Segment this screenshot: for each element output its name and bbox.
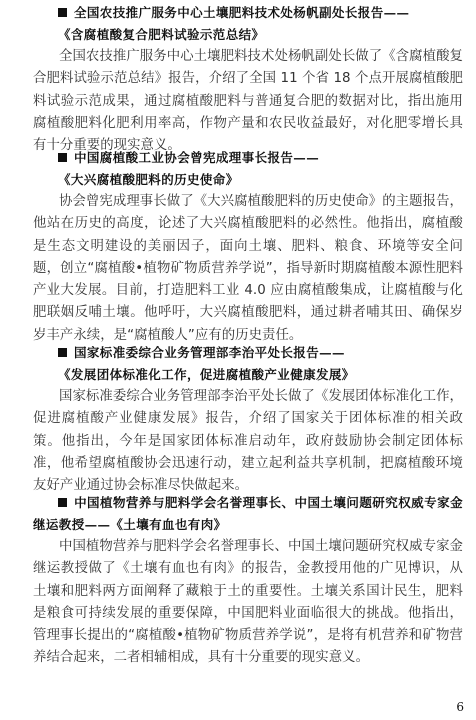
section-body: 国家标准委综合业务管理部李治平处长做了《发展团体标准化工作，促进腐植酸产业健康发… <box>33 386 463 497</box>
page-number: 6 <box>456 700 464 714</box>
section-heading: 国家标准委综合业务管理部李治平处长报告—— <box>33 342 463 364</box>
section-body: 协会曾宪成理事长做了《大兴腐植酸肥料的历史使命》的主题报告，他站在历史的高度，论… <box>33 191 463 347</box>
section-body: 全国农技推广服务中心土壤肥料技术处杨帆副处长做了《含腐植酸复合肥料试验示范总结》… <box>33 46 463 157</box>
black-square-icon <box>58 498 67 507</box>
section-report-title: 《发展团体标准化工作，促进腐植酸产业健康发展》 <box>33 364 463 386</box>
section-heading: 全国农技推广服务中心土壤肥料技术处杨帆副处长报告—— <box>33 2 463 24</box>
heading-full: 中国植物营养与肥料学会名誉理事长、中国土壤问题研究权威专家金继运教授——《土壤有… <box>33 495 463 532</box>
report-section-yang-fan: 全国农技推广服务中心土壤肥料技术处杨帆副处长报告—— 《含腐植酸复合肥料试验示范… <box>33 2 463 157</box>
black-square-icon <box>58 348 67 357</box>
section-body: 中国植物营养与肥料学会名誉理事长、中国土壤问题研究权威专家金继运教授做了《土壤有… <box>33 536 463 670</box>
report-section-zeng-xiancheng: 中国腐植酸工业协会曾宪成理事长报告—— 《大兴腐植酸肥料的历史使命》 协会曾宪成… <box>33 147 463 347</box>
black-square-icon <box>58 8 67 17</box>
heading-line-1: 国家标准委综合业务管理部李治平处长报告—— <box>74 345 345 360</box>
section-report-title: 《含腐植酸复合肥料试验示范总结》 <box>33 24 463 46</box>
report-section-li-zhiping: 国家标准委综合业务管理部李治平处长报告—— 《发展团体标准化工作，促进腐植酸产业… <box>33 342 463 497</box>
heading-line-1: 中国腐植酸工业协会曾宪成理事长报告—— <box>74 150 319 165</box>
section-heading: 中国腐植酸工业协会曾宪成理事长报告—— <box>33 147 463 169</box>
section-heading: 中国植物营养与肥料学会名誉理事长、中国土壤问题研究权威专家金继运教授——《土壤有… <box>33 492 463 536</box>
black-square-icon <box>58 153 67 162</box>
heading-line-1: 全国农技推广服务中心土壤肥料技术处杨帆副处长报告—— <box>74 5 409 20</box>
section-report-title: 《大兴腐植酸肥料的历史使命》 <box>33 169 463 191</box>
report-section-jin-jiyun: 中国植物营养与肥料学会名誉理事长、中国土壤问题研究权威专家金继运教授——《土壤有… <box>33 492 463 670</box>
